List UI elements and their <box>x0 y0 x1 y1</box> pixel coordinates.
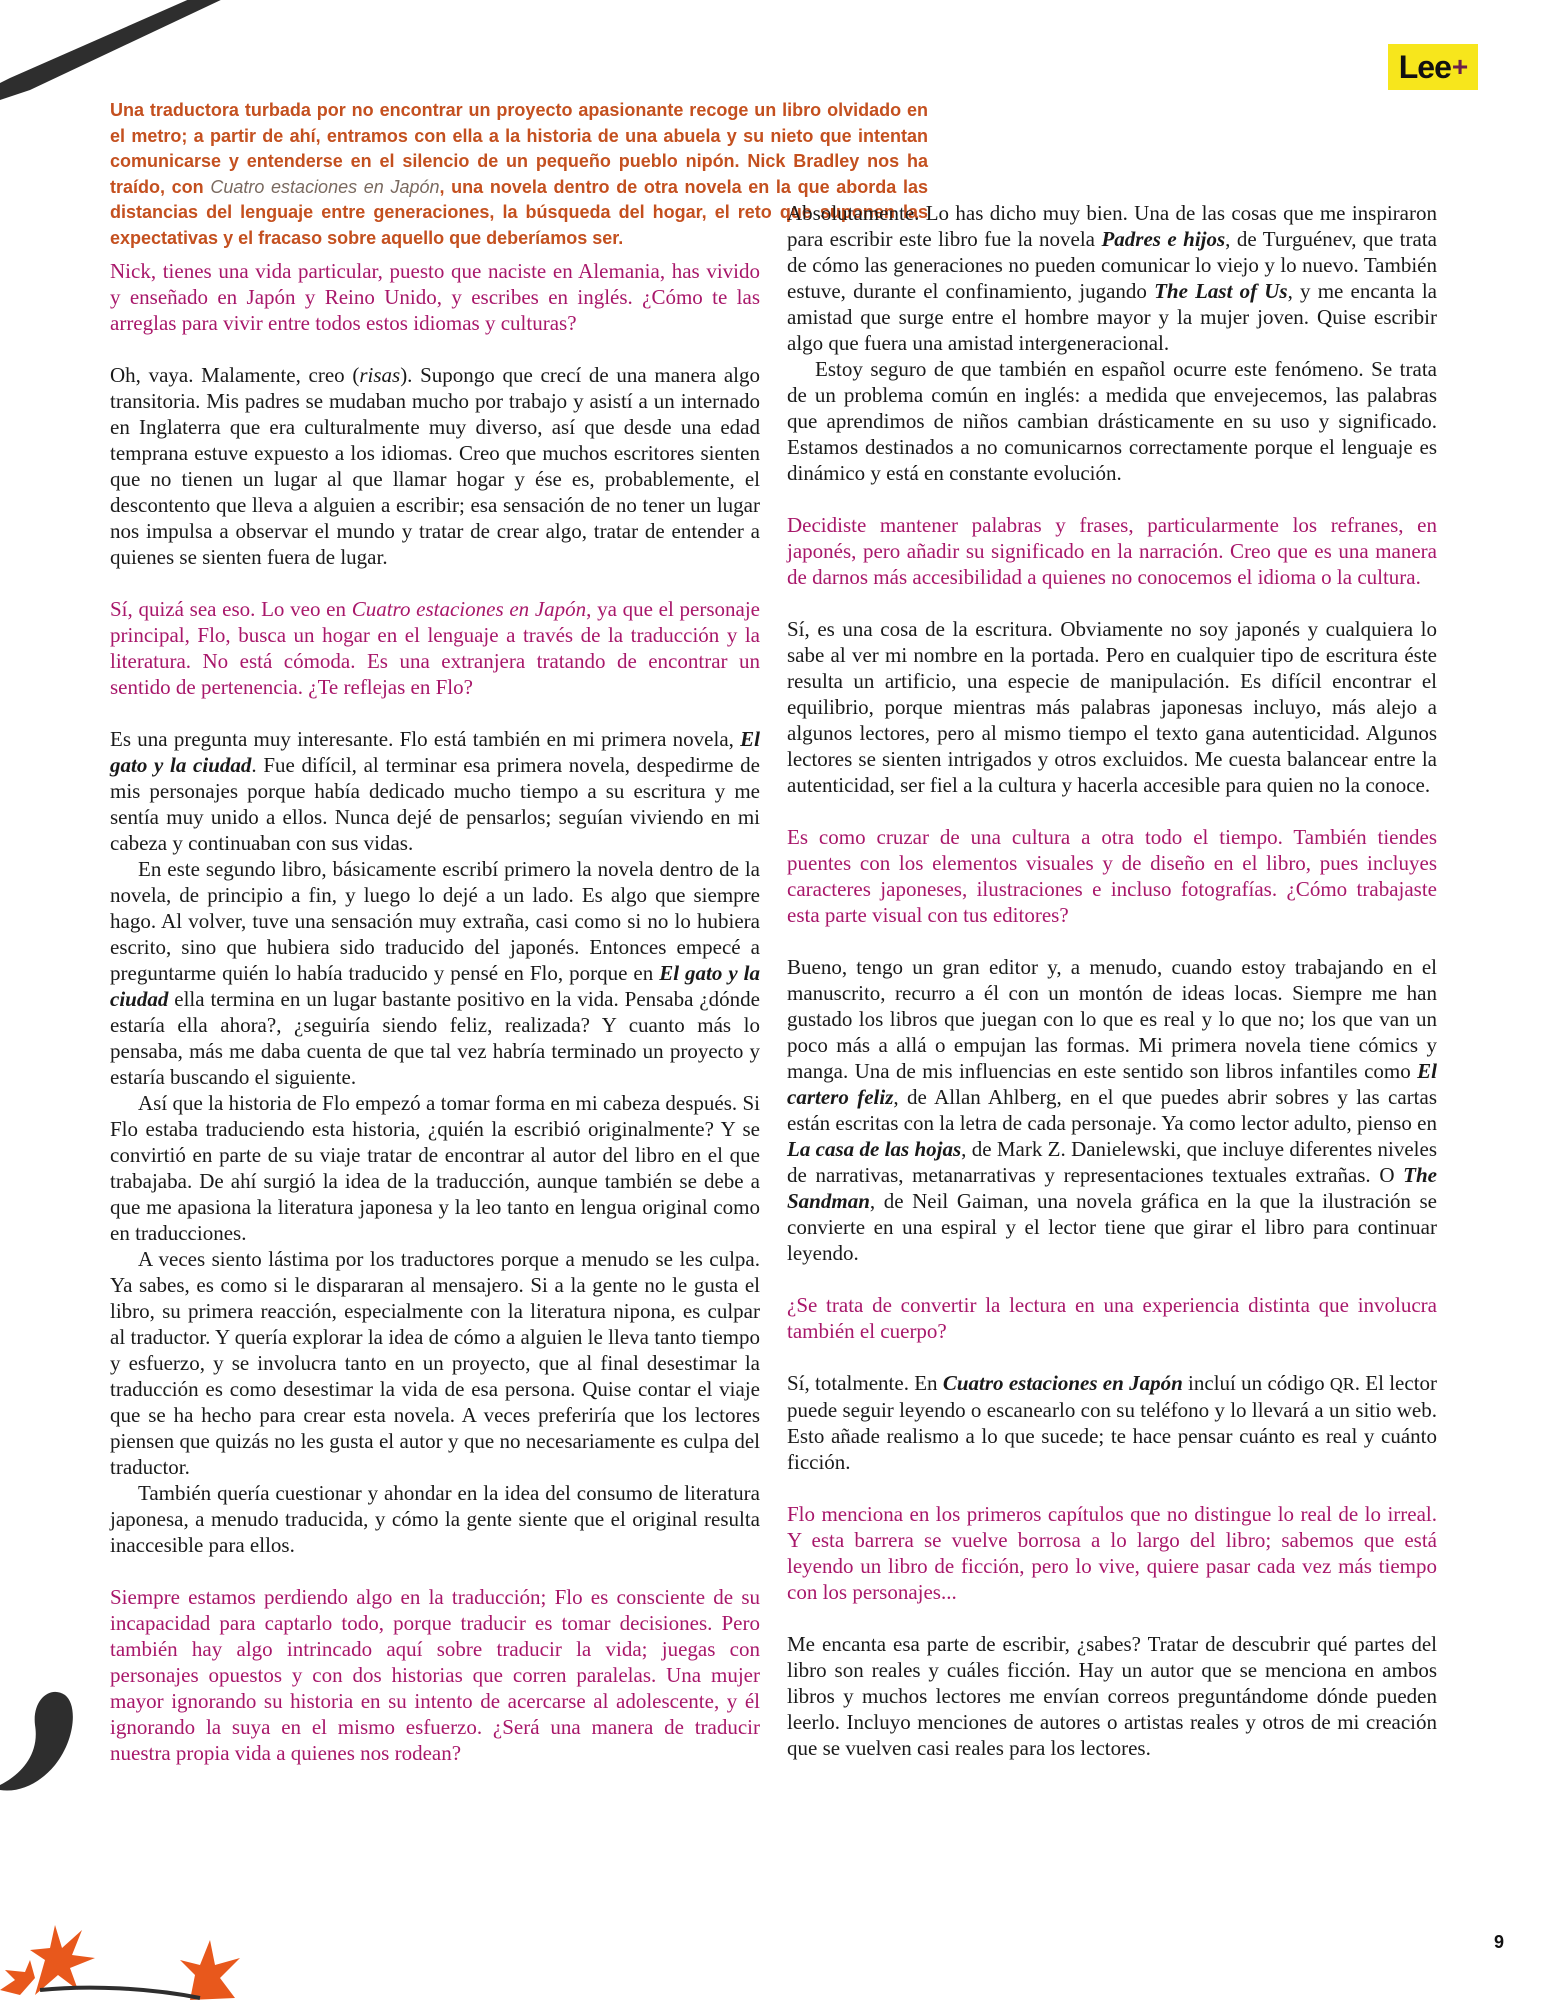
interview-question: ¿Se trata de convertir la lectura en una… <box>787 1292 1437 1344</box>
maple-leaves-decoration <box>0 1900 300 2000</box>
page-number: 9 <box>1494 1932 1504 1953</box>
logo-plus: + <box>1452 51 1467 83</box>
interview-question: Nick, tienes una vida particular, puesto… <box>110 258 760 336</box>
magazine-logo: Lee+ <box>1388 44 1478 90</box>
interview-answer: Absolutamente. Lo has dicho muy bien. Un… <box>787 200 1437 356</box>
interview-question: Siempre estamos perdiendo algo en la tra… <box>110 1584 760 1766</box>
interview-answer-paragraph: Así que la historia de Flo empezó a toma… <box>110 1090 760 1246</box>
interview-answer: Oh, vaya. Malamente, creo (risas). Supon… <box>110 362 760 570</box>
brush-stroke-decoration <box>0 1685 80 1795</box>
interview-answer-paragraph: Estoy seguro de que también en español o… <box>787 356 1437 486</box>
interview-answer-paragraph: En este segundo libro, básicamente escri… <box>110 856 760 1090</box>
interview-answer-paragraph: También quería cuestionar y ahondar en l… <box>110 1480 760 1558</box>
interview-question: Decidiste mantener palabras y frases, pa… <box>787 512 1437 590</box>
interview-answer: Me encanta esa parte de escribir, ¿sabes… <box>787 1631 1437 1761</box>
interview-answer: Sí, es una cosa de la escritura. Obviame… <box>787 616 1437 798</box>
right-column: Absolutamente. Lo has dicho muy bien. Un… <box>787 200 1437 1761</box>
brush-stroke-decoration <box>0 0 230 100</box>
interview-question: Flo menciona en los primeros capítulos q… <box>787 1501 1437 1605</box>
logo-text: Lee <box>1399 49 1451 86</box>
interview-question: Sí, quizá sea eso. Lo veo en Cuatro esta… <box>110 596 760 700</box>
interview-answer: Sí, totalmente. En Cuatro estaciones en … <box>787 1370 1437 1475</box>
interview-question: Es como cruzar de una cultura a otra tod… <box>787 824 1437 928</box>
interview-answer: Bueno, tengo un gran editor y, a menudo,… <box>787 954 1437 1266</box>
book-title: Cuatro estaciones en Japón <box>210 177 439 197</box>
left-column: Nick, tienes una vida particular, puesto… <box>110 258 760 1792</box>
interview-answer-paragraph: A veces siento lástima por los traductor… <box>110 1246 760 1480</box>
interview-answer: Es una pregunta muy interesante. Flo est… <box>110 726 760 856</box>
